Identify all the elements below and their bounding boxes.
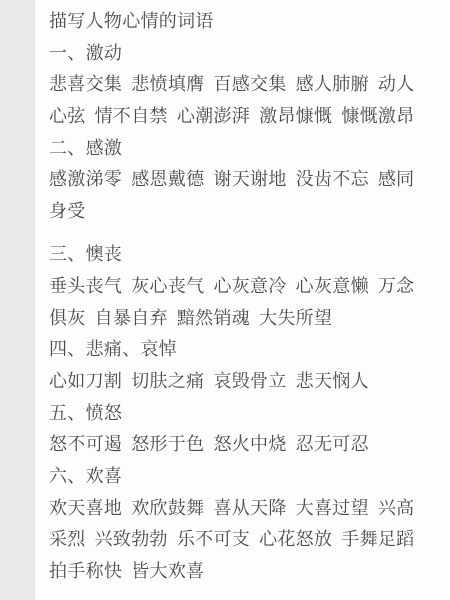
document-body: 一、激动悲喜交集 悲愤填膺 百感交集 感人肺腑 动人心弦 情不自禁 心潮澎湃 激… [49, 38, 436, 588]
word-line: 心弦 情不自禁 心潮澎湃 激昂慷慨 慷慨激昂 [49, 101, 436, 133]
section-heading: 一、激动 [49, 38, 436, 70]
word-line: 欢天喜地 欢欣鼓舞 喜从天降 大喜过望 兴高 [49, 493, 436, 525]
word-line: 身受 [49, 196, 436, 228]
word-line: 怒不可遏 怒形于色 怒火中烧 忍无可忍 [49, 429, 436, 461]
word-line: 垂头丧气 灰心丧气 心灰意冷 心灰意懒 万念 [49, 271, 436, 303]
word-line: 心如刀割 切肤之痛 哀毁骨立 悲天悯人 [49, 366, 436, 398]
word-line: 俱灰 自暴自弃 黯然销魂 大失所望 [49, 303, 436, 335]
section-heading: 五、愤怒 [49, 398, 436, 430]
section-heading: 六、欢喜 [49, 461, 436, 493]
document-page: 描写人物心情的词语 一、激动悲喜交集 悲愤填膺 百感交集 感人肺腑 动人心弦 情… [35, 0, 450, 600]
word-line: 拍手称快 皆大欢喜 [49, 556, 436, 588]
page-left-edge [0, 0, 35, 600]
word-line: 采烈 兴致勃勃 乐不可支 心花怒放 手舞足蹈 [49, 524, 436, 556]
document-title: 描写人物心情的词语 [49, 6, 436, 38]
section-heading: 二、感激 [49, 133, 436, 165]
word-line: 悲喜交集 悲愤填膺 百感交集 感人肺腑 动人 [49, 69, 436, 101]
section-heading: 三、懊丧 [49, 239, 436, 271]
screenshot-root: 描写人物心情的词语 一、激动悲喜交集 悲愤填膺 百感交集 感人肺腑 动人心弦 情… [0, 0, 450, 600]
section-heading: 四、悲痛、哀悼 [49, 334, 436, 366]
word-line: 感激涕零 感恩戴德 谢天谢地 没齿不忘 感同 [49, 164, 436, 196]
